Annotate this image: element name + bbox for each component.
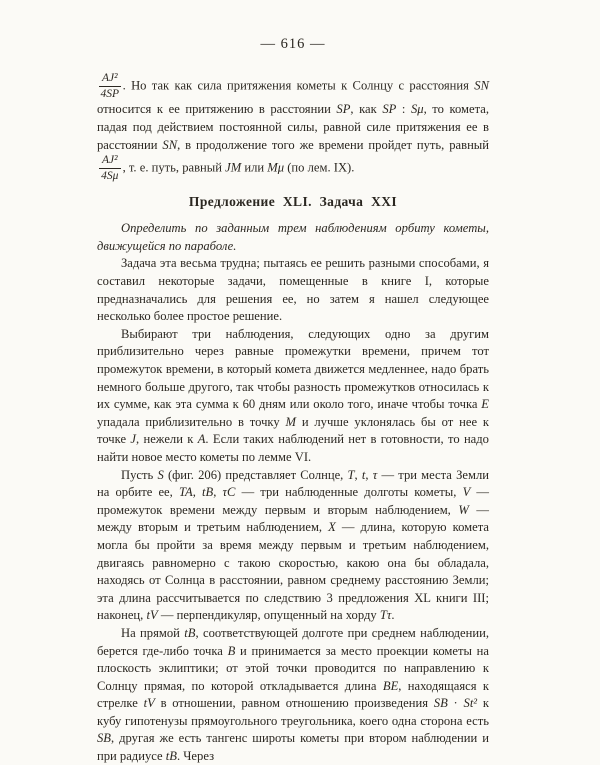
math-variable: S bbox=[157, 468, 163, 482]
page-number: — 616 — bbox=[97, 36, 489, 53]
math-variable: τ bbox=[373, 468, 378, 482]
math-variable: Mμ bbox=[267, 161, 284, 175]
math-variable: SP bbox=[382, 102, 396, 116]
math-variable: tB bbox=[184, 626, 195, 640]
proposition-heading: Предложение XLI. Задача XXI bbox=[97, 193, 489, 211]
math-variable: BE bbox=[383, 679, 398, 693]
math-variable: V bbox=[463, 485, 471, 499]
fraction: AJ²4SP bbox=[99, 72, 121, 101]
fraction-denominator: 4SP bbox=[99, 87, 121, 101]
math-variable: A bbox=[198, 432, 206, 446]
math-variable: t bbox=[362, 468, 366, 482]
math-variable: SB bbox=[97, 731, 111, 745]
math-variable: Tτ bbox=[380, 608, 392, 622]
fraction: AJ²4Sμ bbox=[99, 154, 121, 183]
paragraph: На прямой tB, соответствующей долготе пр… bbox=[97, 625, 489, 765]
math-variable: tB bbox=[202, 485, 213, 499]
page-body: AJ²4SP. Но так как сила притяжения комет… bbox=[97, 72, 489, 765]
math-variable: J bbox=[130, 432, 136, 446]
math-variable: tV bbox=[144, 696, 155, 710]
math-variable: SB bbox=[434, 696, 448, 710]
math-variable: B bbox=[228, 644, 236, 658]
math-variable: X bbox=[328, 520, 336, 534]
math-variable: SN bbox=[474, 79, 489, 93]
fraction-numerator: AJ² bbox=[99, 154, 121, 169]
math-variable: E bbox=[481, 397, 489, 411]
math-variable: JM bbox=[225, 161, 241, 175]
math-variable: St² bbox=[464, 696, 478, 710]
paragraph: Определить по заданным трем наблюдениям … bbox=[97, 220, 489, 255]
paragraph: Выбирают три наблюдения, следующих одно … bbox=[97, 326, 489, 467]
math-variable: W bbox=[458, 503, 469, 517]
math-variable: tV bbox=[146, 608, 157, 622]
math-variable: M bbox=[286, 415, 297, 429]
math-variable: tB bbox=[166, 749, 177, 763]
paragraph: AJ²4SP. Но так как сила притяжения комет… bbox=[97, 72, 489, 184]
paragraph: Пусть S (фиг. 206) представляет Солнце, … bbox=[97, 467, 489, 625]
math-variable: τC bbox=[223, 485, 236, 499]
math-variable: TA bbox=[179, 485, 193, 499]
math-variable: SP bbox=[336, 102, 350, 116]
book-page: — 616 — AJ²4SP. Но так как сила притяжен… bbox=[0, 0, 600, 765]
fraction-numerator: AJ² bbox=[99, 72, 121, 87]
math-variable: Sμ bbox=[411, 102, 424, 116]
fraction-denominator: 4Sμ bbox=[99, 169, 121, 183]
math-variable: T bbox=[348, 468, 355, 482]
math-variable: SN bbox=[162, 138, 177, 152]
paragraph: Задача эта весьма трудна; пытаясь ее реш… bbox=[97, 255, 489, 325]
